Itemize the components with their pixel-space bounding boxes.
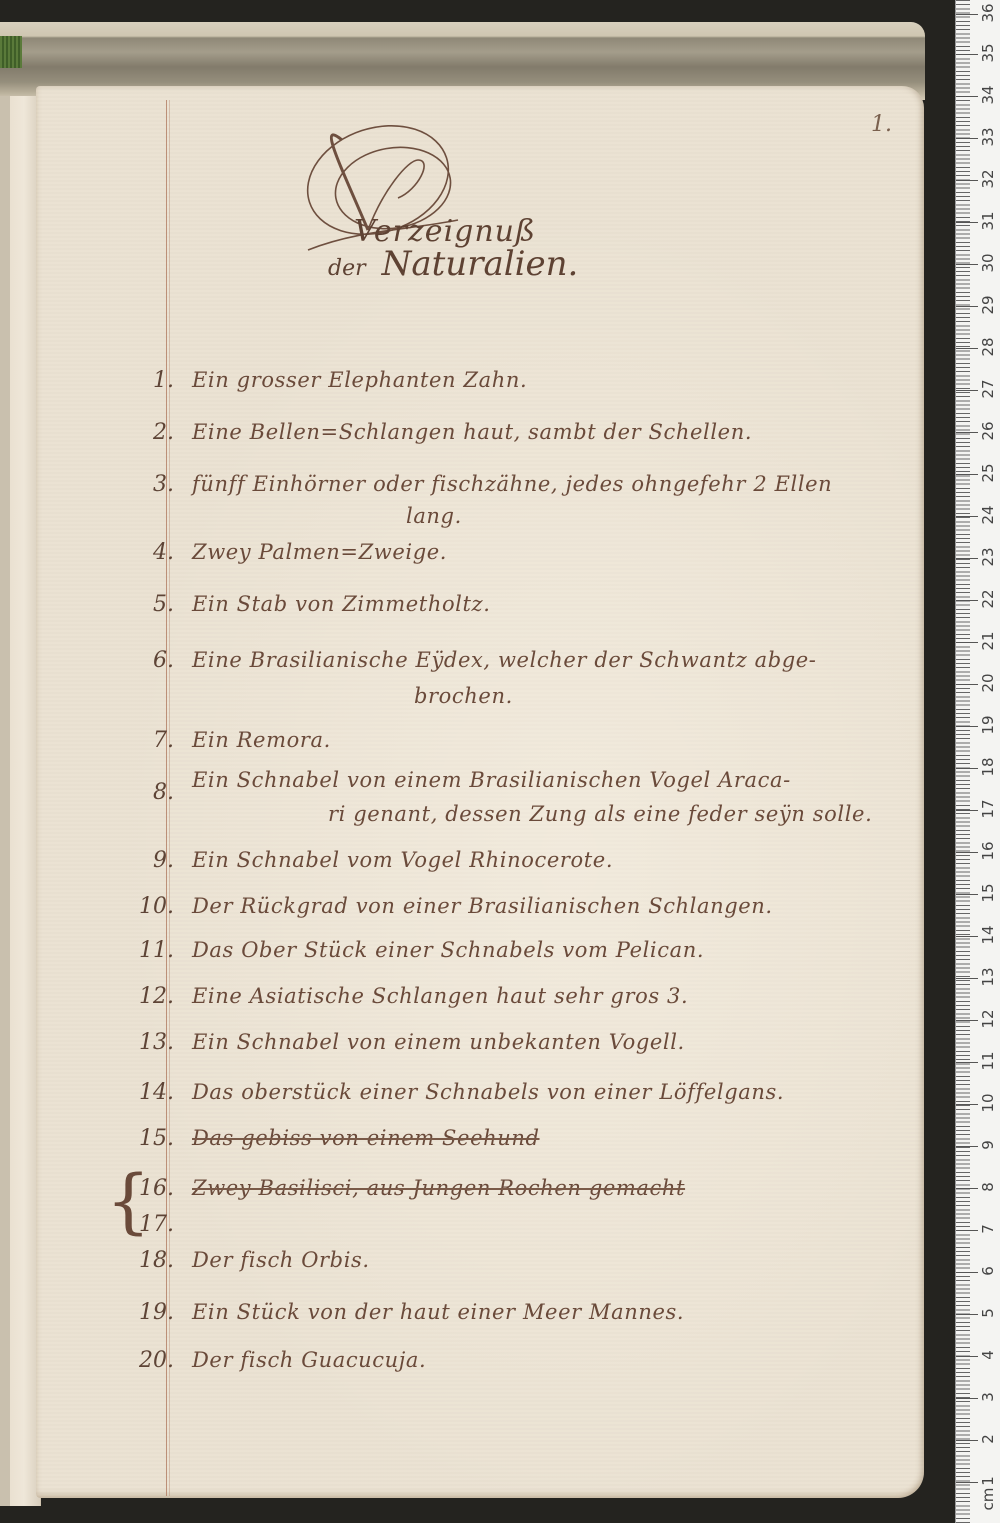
entry-text: Ein Remora. — [192, 728, 331, 752]
ruler-label: 11 — [979, 1049, 997, 1073]
entry-text: Der Rückgrad von einer Brasilianischen S… — [192, 894, 773, 918]
entry-number: 2. — [124, 420, 174, 445]
entry-number: 15. — [124, 1126, 174, 1151]
entry-number: 19. — [124, 1300, 174, 1325]
ruler-label: 20 — [979, 671, 997, 695]
entry-text: Das oberstück einer Schnabels von einer … — [192, 1080, 784, 1104]
entry-number: 7. — [124, 728, 174, 753]
entry-text: fünff Einhörner oder fischzähne, jedes o… — [192, 472, 832, 496]
entry-number: 4. — [124, 540, 174, 565]
ruler-label: 2 — [979, 1427, 997, 1451]
entry-number: 6. — [124, 648, 174, 673]
entry-text: Eine Brasilianische Eÿdex, welcher der S… — [192, 648, 817, 672]
entry-number: 14. — [124, 1080, 174, 1105]
entry-number: 10. — [124, 894, 174, 919]
entry-number: 8. — [124, 780, 174, 805]
brace-16-17-icon: { — [106, 1160, 151, 1242]
ruler-label: 15 — [979, 881, 997, 905]
ruler-label: 10 — [979, 1091, 997, 1115]
ruler-label: 18 — [979, 755, 997, 779]
ruler-label: 19 — [979, 713, 997, 737]
entry-number: 12. — [124, 984, 174, 1009]
ruler-label: 34 — [979, 83, 997, 107]
ruler-label: 30 — [979, 251, 997, 275]
entry-text: Ein Stab von Zimmetholtz. — [192, 592, 490, 616]
ruler-label: 5 — [979, 1301, 997, 1325]
entry-text: Der fisch Guacucuja. — [192, 1348, 426, 1372]
ruler-label: 31 — [979, 209, 997, 233]
ruler-label: 6 — [979, 1259, 997, 1283]
entry-text: Ein Stück von der haut einer Meer Mannes… — [192, 1300, 684, 1324]
ruler-label: 29 — [979, 293, 997, 317]
ruler-label: 27 — [979, 377, 997, 401]
measurement-ruler: cm 1 2 3 4 5 6 7 8 9 10 11 12 13 14 15 1… — [955, 0, 1000, 1523]
entry-text: Ein Schnabel von einem unbekanten Vogell… — [192, 1030, 685, 1054]
ruler-label: 14 — [979, 923, 997, 947]
green-bookmark-tab — [0, 36, 22, 68]
entry-number: 3. — [124, 472, 174, 497]
entry-text-struck: Zwey Basilisci, aus Jungen Rochen gemach… — [192, 1176, 685, 1200]
ruler-label: 7 — [979, 1217, 997, 1241]
entry-number: 1. — [124, 368, 174, 393]
left-page-shadow — [0, 96, 10, 1506]
title-naturalien: derNaturalien. — [328, 244, 578, 284]
ruler-label: 21 — [979, 629, 997, 653]
ruler-label: 24 — [979, 503, 997, 527]
ruler-label: 16 — [979, 839, 997, 863]
entry-number: 13. — [124, 1030, 174, 1055]
ruler-label: 9 — [979, 1133, 997, 1157]
ruler-label: 33 — [979, 125, 997, 149]
ruler-label: 17 — [979, 797, 997, 821]
ruler-label: 3 — [979, 1385, 997, 1409]
entry-number: 5. — [124, 592, 174, 617]
entry-continuation: lang. — [406, 504, 462, 528]
entry-text: Ein Schnabel von einem Brasilianischen V… — [192, 768, 791, 792]
ruler-label: 23 — [979, 545, 997, 569]
ruler-label: 32 — [979, 167, 997, 191]
ruler-label: 28 — [979, 335, 997, 359]
ruler-label: 1 — [979, 1469, 997, 1493]
ruler-label: 36 — [979, 1, 997, 25]
entry-number: 11. — [124, 938, 174, 963]
title-naturalien-word: Naturalien. — [382, 244, 579, 284]
entry-number: 18. — [124, 1248, 174, 1273]
entry-text: Ein Schnabel vom Vogel Rhinocerote. — [192, 848, 613, 872]
entry-text: Der fisch Orbis. — [192, 1248, 370, 1272]
folio-number: 1. — [871, 112, 892, 137]
entry-number: 20. — [124, 1348, 174, 1373]
ruler-label: 26 — [979, 419, 997, 443]
ruler-label: 12 — [979, 1007, 997, 1031]
ruler-label: 22 — [979, 587, 997, 611]
entry-text: Eine Bellen=Schlangen haut, sambt der Sc… — [192, 420, 752, 444]
entry-number: 9. — [124, 848, 174, 873]
entry-text: Ein grosser Elephanten Zahn. — [192, 368, 527, 392]
ruler-label: 8 — [979, 1175, 997, 1199]
manuscript-page: 1. Verzeignuß derNaturalien. 1. Ein gros… — [36, 86, 924, 1498]
title-der: der — [328, 256, 366, 281]
entry-continuation: ri genant, dessen Zung als eine feder se… — [328, 802, 872, 826]
entry-text: Das Ober Stück einer Schnabels vom Pelic… — [192, 938, 704, 962]
ruler-label: 4 — [979, 1343, 997, 1367]
ruler-label: 25 — [979, 461, 997, 485]
entry-text: Eine Asiatische Schlangen haut sehr gros… — [192, 984, 688, 1008]
entry-text-struck: Das gebiss von einem Seehund — [192, 1126, 540, 1150]
ruler-label: 13 — [979, 965, 997, 989]
entry-continuation: brochen. — [414, 684, 513, 708]
ruler-ticks — [956, 0, 970, 1523]
ruler-label: 35 — [979, 41, 997, 65]
entry-text: Zwey Palmen=Zweige. — [192, 540, 447, 564]
